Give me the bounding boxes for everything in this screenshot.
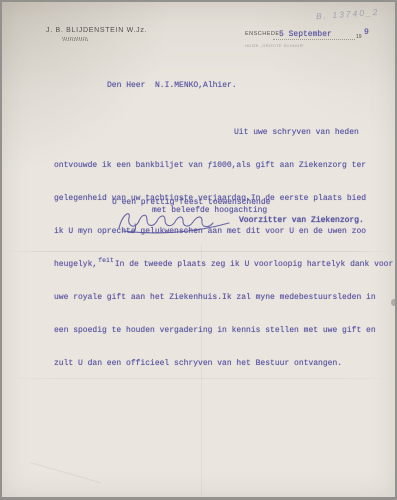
signature-scrawl	[115, 208, 239, 236]
dateline-typed-year-digit: 9	[364, 28, 369, 37]
letter-page: J. B. BLIJDENSTEIN W.Jz. B. 13740_2 ENSC…	[2, 2, 395, 497]
body-line: ontvouwde ik een bankbiljet van ƒ1000,al…	[54, 160, 384, 171]
page-edge-nick	[391, 299, 395, 306]
dateline-year-prefix: 19	[356, 34, 362, 40]
pencil-archive-number: B. 13740_2	[315, 7, 379, 21]
letterhead-underline-ornament	[62, 37, 88, 41]
body-line-segment: heugelyk,	[54, 260, 97, 269]
body-opening-line: Uit uwe schryven van heden	[54, 127, 384, 138]
body-line: zult U dan een officieel schryven van he…	[54, 358, 384, 369]
body-line-segment: In de tweede plaats zeg ik U voorloopig …	[115, 260, 393, 269]
body-line: uwe royale gift aan het Ziekenhuis.Ik za…	[54, 292, 384, 303]
letterhead-residence-line: HUIZE „GROOTE SCHUUR”	[245, 43, 305, 48]
signer-title: Voorzitter van Ziekenzorg.	[239, 216, 364, 225]
body-line: een spoedig te houden vergadering in ken…	[54, 325, 384, 336]
body-line-with-insertion: heugelyk,feitIn de tweede plaats zeg ik …	[54, 259, 384, 270]
scanned-letter: { "letterhead": { "name": "J. B. BLIJDEN…	[0, 0, 397, 500]
letterhead-name: J. B. BLIJDENSTEIN W.Jz.	[46, 27, 147, 34]
addressee-line: Den Heer N.I.MENKO,Alhier.	[107, 81, 237, 90]
typed-insertion-word: feit	[98, 257, 114, 264]
dateline-typed-date: 5 September	[279, 30, 332, 39]
letter-body: Uit uwe schryven van heden ontvouwde ik …	[54, 105, 384, 391]
corner-crease	[29, 462, 100, 483]
